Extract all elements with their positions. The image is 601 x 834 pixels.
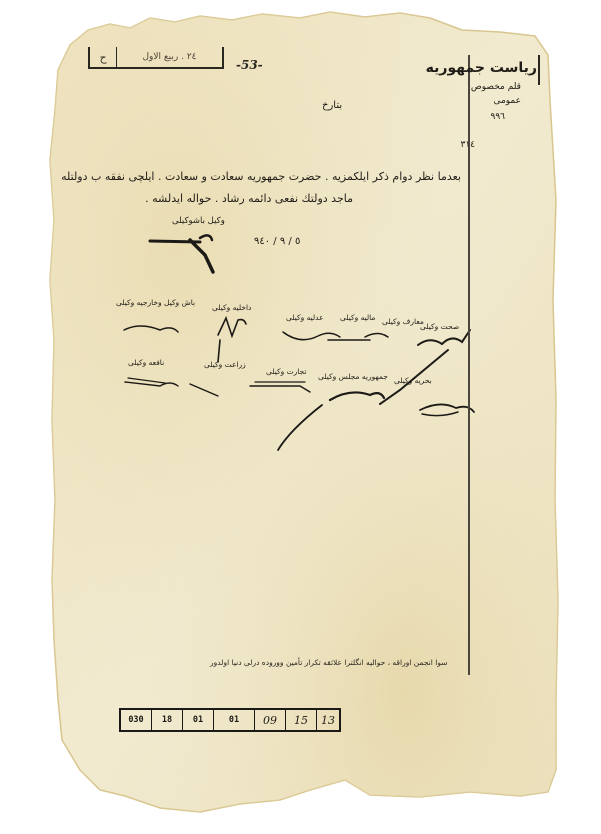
stamp-cell-2: ٢٤ . ربیع الاول xyxy=(117,47,222,67)
archive-stamp: ح ٢٤ . ربیع الاول xyxy=(88,47,224,69)
ref-cell: 030 xyxy=(121,710,152,730)
salutation: بتارخ xyxy=(322,100,342,111)
ref-cell: 09 xyxy=(255,710,286,730)
signature-label: مالیه وکیلی xyxy=(340,313,375,322)
signature-label: تجارت وکیلی xyxy=(266,367,306,376)
header-line-1: قلم مخصوص xyxy=(471,82,521,92)
signature-label: زراعت وکیلی xyxy=(204,360,246,369)
sender-caption: وکیل باشوکیلی xyxy=(172,216,225,226)
stamp-cell-1: ح xyxy=(90,47,117,67)
archive-reference-table: 030 18 01 01 09 15 13 xyxy=(119,708,341,732)
ref-cell: 13 xyxy=(317,710,339,730)
ref-cell: 15 xyxy=(286,710,317,730)
header-line-2: عمومی xyxy=(493,96,521,106)
body-line-1: بعدما نظر دوام ذکر ایلکمزیه . حضرت جمهور… xyxy=(61,170,461,183)
footer-note: سوا انجمن اوراقه ، حوالیه انگلترا علائقه… xyxy=(210,658,447,667)
header-line-4: ٣١٤ xyxy=(460,140,475,150)
signature-label: صحت وکیلی xyxy=(420,322,459,331)
ref-cell: 01 xyxy=(183,710,214,730)
date-line: ٥ / ٩ / ٩٤٠ xyxy=(254,236,300,247)
document-paper: ح ٢٤ . ربیع الاول -53- ریاست جمهوریه قلم… xyxy=(0,0,601,834)
body-line-2: ماجد دولتك نفعی دائمه رشاد . حواله ایدلش… xyxy=(145,192,353,205)
margin-rule-top xyxy=(538,55,540,85)
header-title: ریاست جمهوریه xyxy=(426,60,537,76)
signature-label: داخلیه وکیلی xyxy=(212,303,251,312)
signature-label: جمهوریه مجلس وکیلی xyxy=(318,372,388,381)
header-line-3: ٩٩٦ xyxy=(490,112,505,122)
signature-label: باش وکیل وخارجیه وکیلی xyxy=(116,298,195,307)
ref-cell: 01 xyxy=(214,710,255,730)
ref-cell: 18 xyxy=(152,710,183,730)
signature-label: نافعه وکیلی xyxy=(128,358,164,367)
signature-label: بحریه وکیلی xyxy=(394,376,432,385)
signature-label: عدلیه وکیلی xyxy=(286,313,324,322)
signature-label: معارف وکیلی xyxy=(382,317,424,326)
page-number: -53- xyxy=(236,58,263,72)
